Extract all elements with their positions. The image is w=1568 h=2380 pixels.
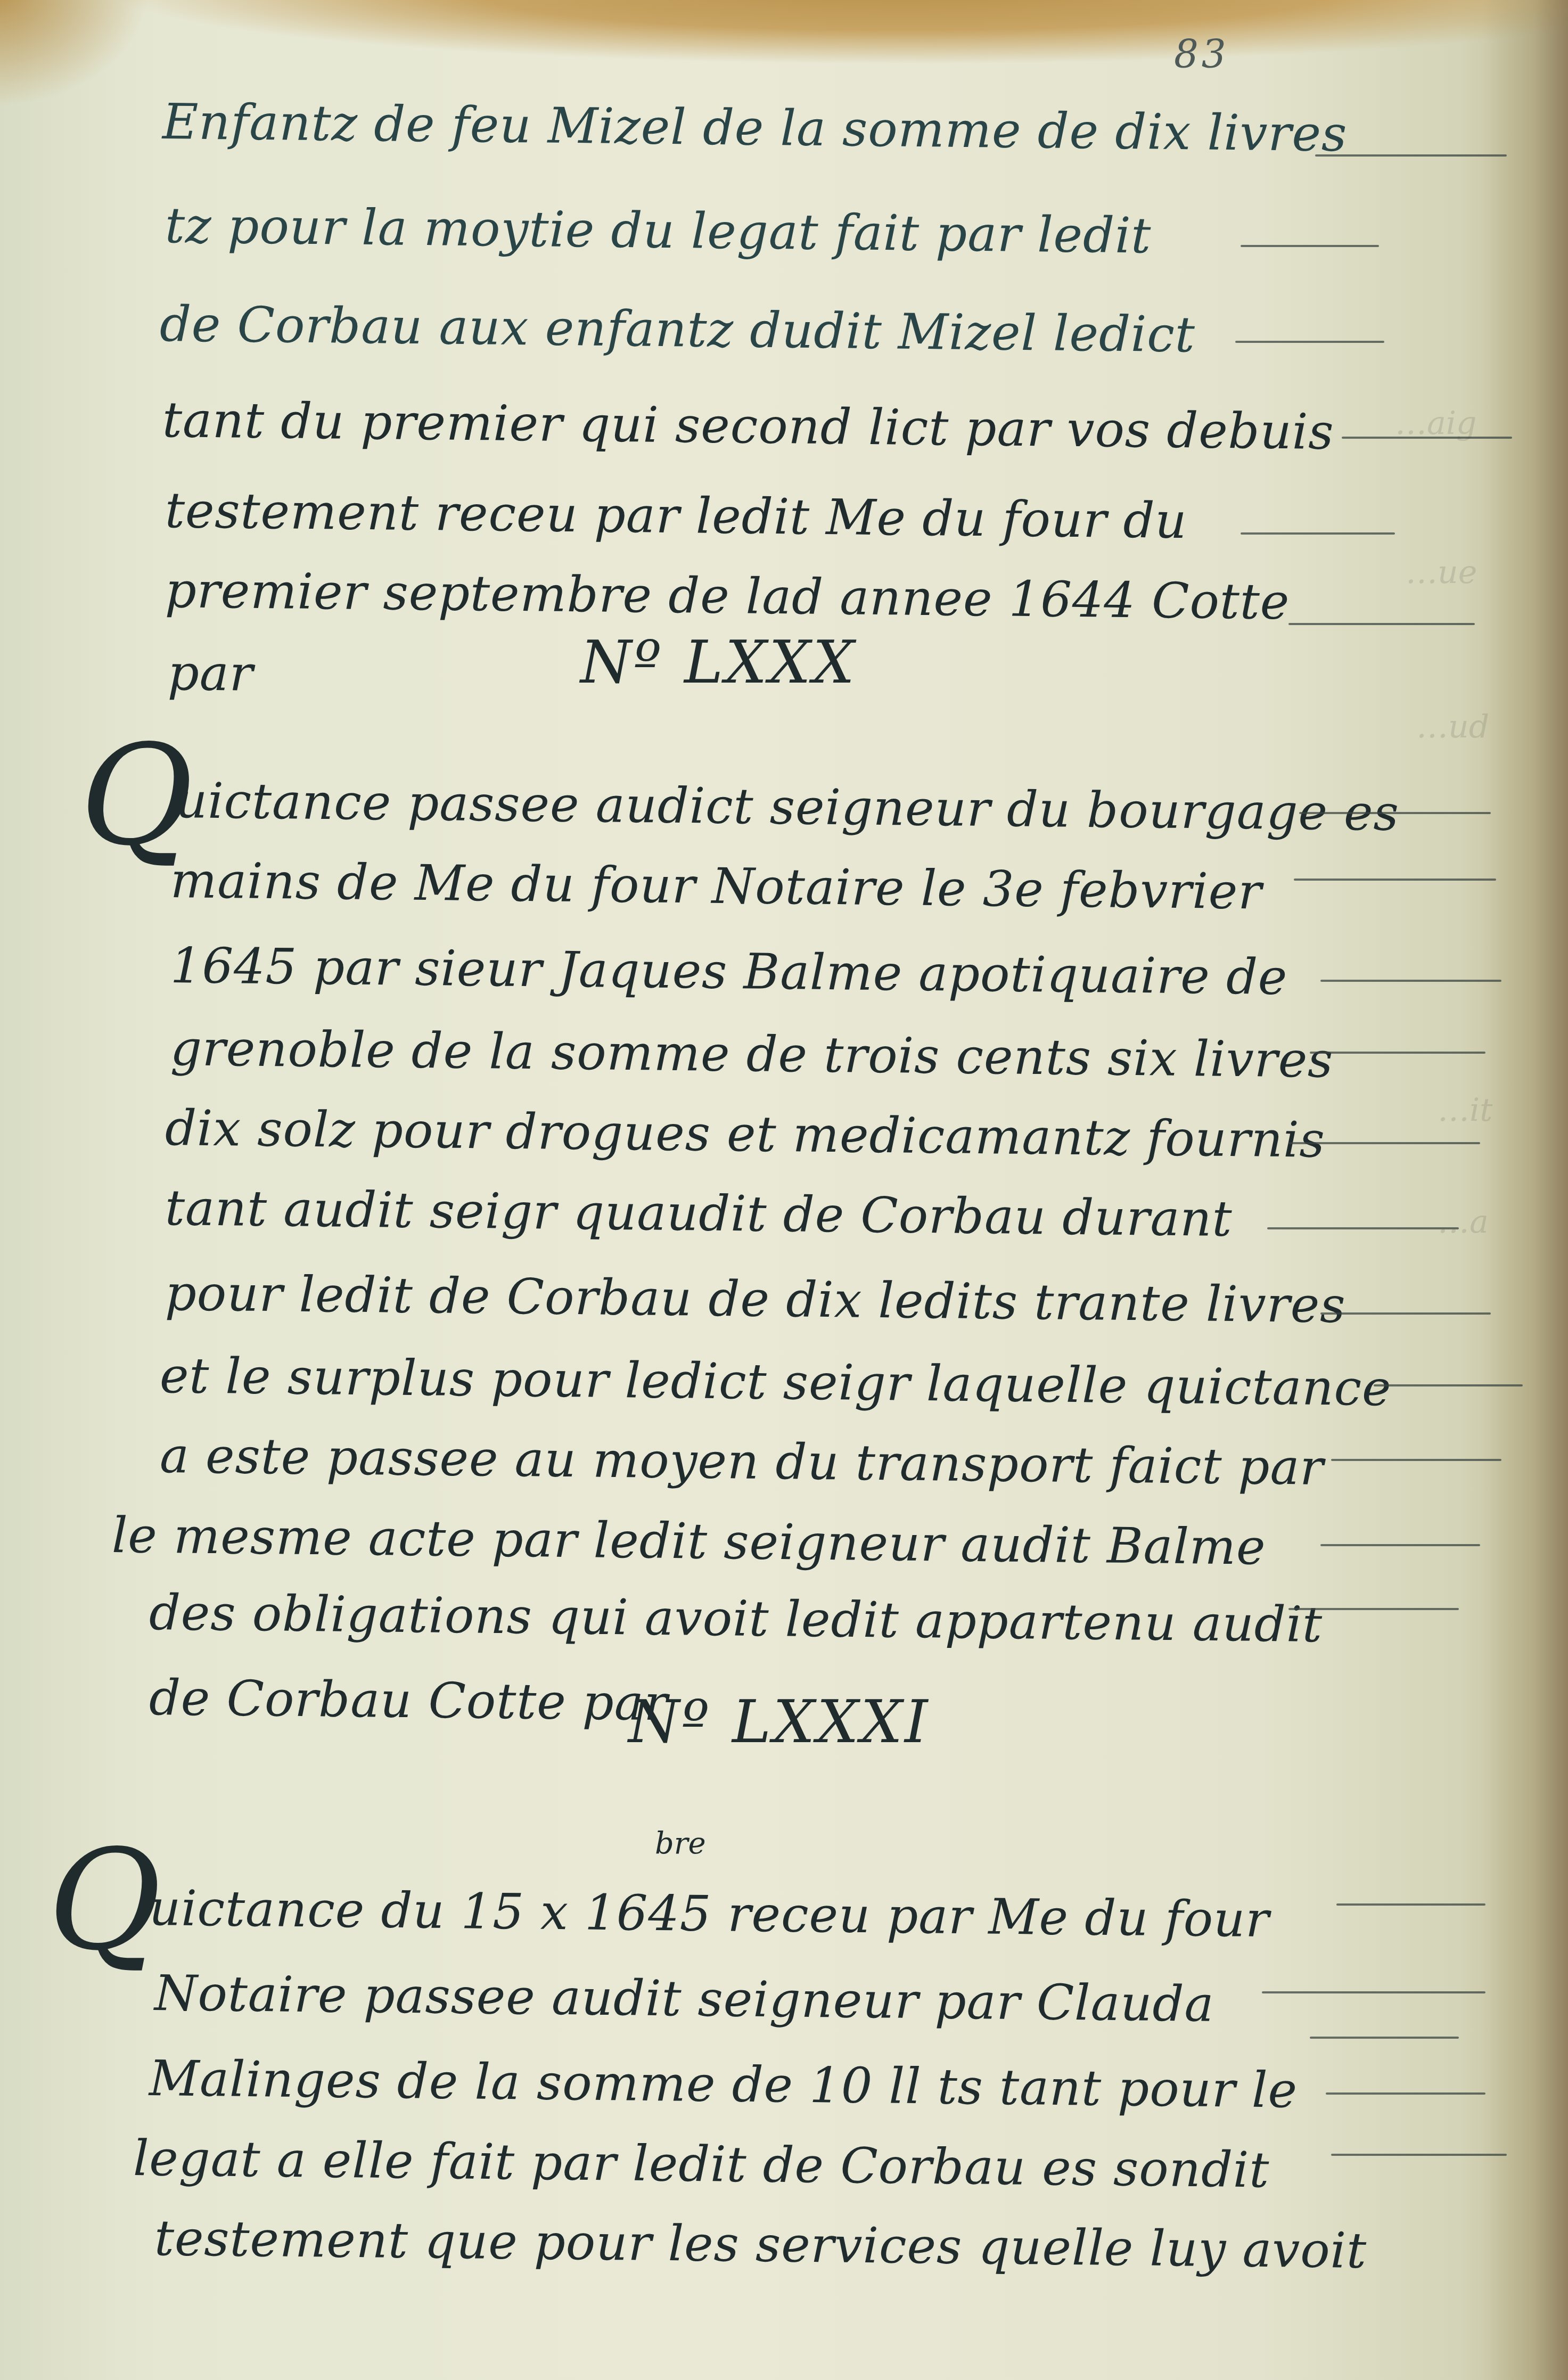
bleed-through-text: …ue — [1406, 554, 1477, 591]
line-filler-stroke — [1320, 980, 1501, 982]
entry-1-line-6: premier septembre de lad annee 1644 Cott… — [165, 562, 1290, 630]
line-filler-stroke — [1262, 1991, 1485, 1993]
entry-2-line-10: le mesme acte par ledit seigneur audit B… — [111, 1507, 1266, 1576]
entry-2-line-7: pour ledit de Corbau de dix ledits trant… — [165, 1265, 1346, 1334]
line-filler-stroke — [1267, 1227, 1459, 1229]
line-filler-stroke — [1374, 1384, 1523, 1386]
entry-2-line-9: a este passee au moyen du transport faic… — [159, 1427, 1324, 1496]
entry-2-line-8: et le surplus pour ledict seigr laquelle… — [159, 1347, 1392, 1417]
superscript-abbreviation: bre — [655, 1826, 706, 1861]
line-filler-stroke — [1288, 1608, 1459, 1610]
manuscript-page: …aig …ue …ud …it …a 83 Enfantz de feu Mi… — [0, 0, 1568, 2380]
entry-number: Nº LXXX — [580, 628, 857, 696]
entry-1-line-5: testement receu par ledit Me du four du — [165, 482, 1187, 549]
entry-1-line-4: tant du premier qui second lict par vos … — [162, 391, 1334, 461]
bleed-through-text: …ud — [1416, 708, 1489, 745]
bleed-through-text: …a — [1438, 1203, 1489, 1241]
line-filler-stroke — [1299, 812, 1491, 814]
entry-1-line-3: de Corbau aux enfantz dudit Mizel ledict — [159, 296, 1195, 363]
entry-1-line-2: tz pour la moytie du legat fait par ledi… — [165, 197, 1152, 264]
entry-2-line-6: tant audit seigr quaudit de Corbau duran… — [165, 1179, 1233, 1248]
line-filler-stroke — [1241, 532, 1395, 535]
bleed-through-text: …it — [1438, 1091, 1492, 1129]
line-filler-stroke — [1294, 879, 1496, 881]
entry-3-line-5: testement que pour les services quelle l… — [154, 2210, 1367, 2279]
line-filler-stroke — [1241, 245, 1379, 247]
entry-3-line-1: uictance du 15 x 1645 receu par Me du fo… — [149, 1880, 1270, 1948]
entry-2-line-2: mains de Me du four Notaire le 3e febvri… — [170, 852, 1262, 920]
entry-2-line-12: de Corbau Cotte par — [149, 1669, 668, 1731]
line-filler-stroke — [1310, 1052, 1485, 1054]
entry-3-line-3: Malinges de la somme de 10 ll ts tant po… — [149, 2050, 1298, 2119]
line-filler-stroke — [1342, 437, 1512, 439]
entry-number: Nº LXXXI — [628, 1688, 930, 1756]
entry-2-line-5: dix solz pour drogues et medicamantz fou… — [165, 1099, 1325, 1169]
entry-3-line-2: Notaire passee audit seigneur par Clauda — [154, 1965, 1214, 2033]
line-filler-stroke — [1235, 341, 1384, 343]
line-filler-stroke — [1310, 2037, 1459, 2039]
entry-2-line-4: grenoble de la somme de trois cents six … — [170, 1020, 1334, 1089]
entry-2-line-3: 1645 par sieur Jaques Balme apotiquaire … — [170, 937, 1287, 1006]
line-filler-stroke — [1315, 154, 1507, 157]
entry-1-line-7: par — [167, 644, 253, 702]
line-filler-stroke — [1331, 1459, 1501, 1461]
decorated-initial: Q — [48, 1832, 161, 1970]
line-filler-stroke — [1326, 2092, 1485, 2095]
line-filler-stroke — [1288, 623, 1475, 625]
entry-2-line-11: des obligations qui avoit ledit apparten… — [149, 1584, 1323, 1653]
line-filler-stroke — [1331, 2154, 1507, 2156]
binding-gutter-shadow — [1483, 0, 1568, 2380]
line-filler-stroke — [1336, 1903, 1485, 1906]
line-filler-stroke — [1320, 1312, 1491, 1315]
line-filler-stroke — [1320, 1544, 1480, 1546]
entry-3-line-4: legat a elle fait par ledit de Corbau es… — [133, 2130, 1269, 2198]
line-filler-stroke — [1288, 1142, 1480, 1144]
entry-1-line-1: Enfantz de feu Mizel de la somme de dix … — [162, 93, 1347, 162]
entry-2-line-1: uictance passee audict seigneur du bourg… — [175, 772, 1399, 842]
folio-number: 83 — [1174, 32, 1229, 77]
